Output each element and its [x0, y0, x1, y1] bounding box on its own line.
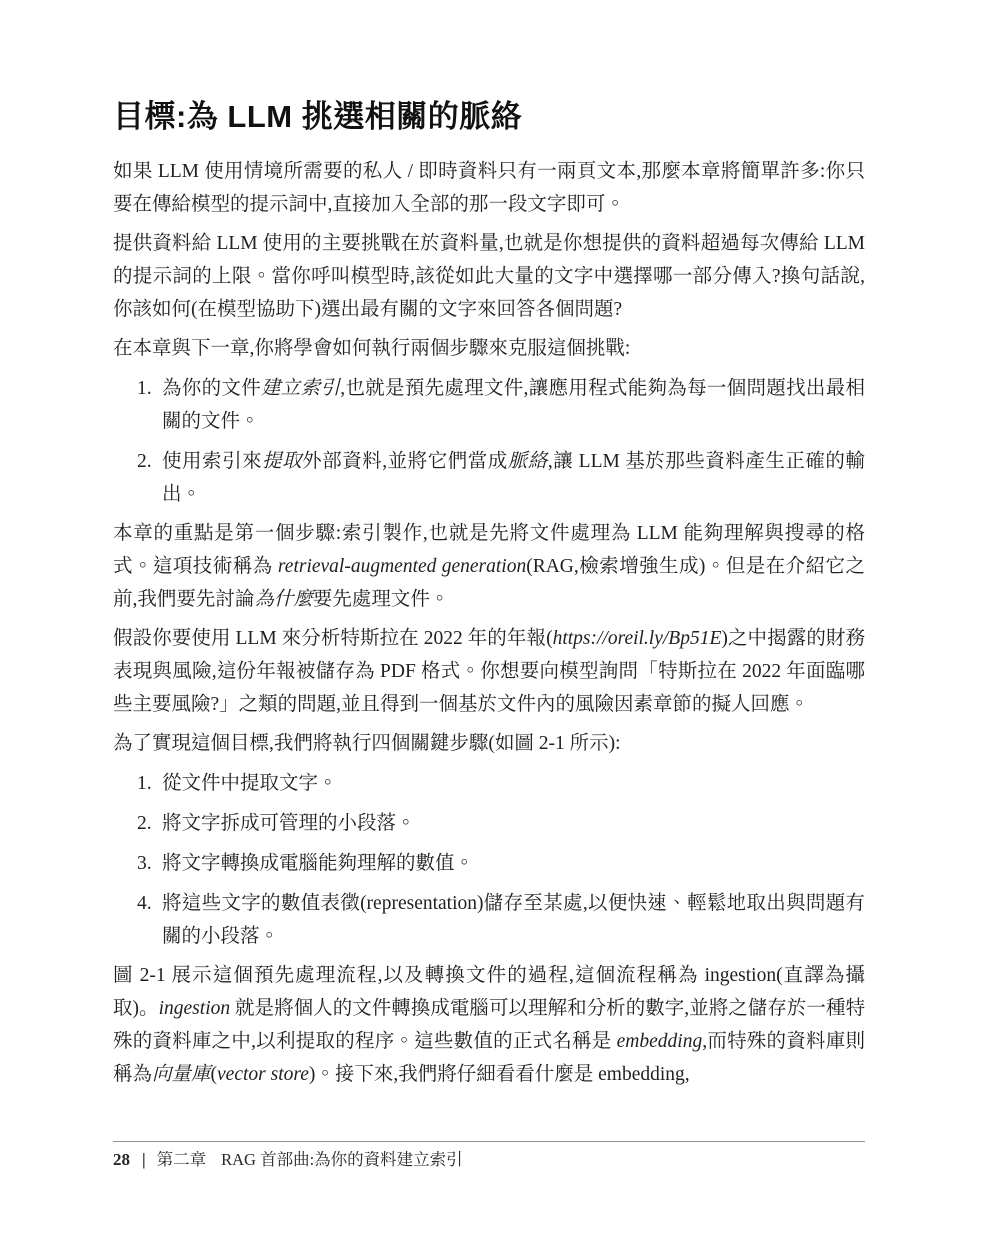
text-run: 將文字拆成可管理的小段落。: [162, 813, 416, 834]
list-marker: 4.: [137, 887, 152, 920]
list-item-retrieve-context: 2. 使用索引來提取外部資料,並將它們當成脈絡,讓 LLM 基於那些資料產生正確…: [113, 445, 865, 511]
list-marker: 2.: [137, 445, 152, 478]
list-item-extract-text: 1. 從文件中提取文字。: [113, 767, 865, 800]
emphasis-term: 提取: [262, 451, 302, 472]
list-item-convert-numbers: 3. 將文字轉換成電腦能夠理解的數值。: [113, 847, 865, 880]
emphasis-term-vector-store: 向量庫: [152, 1064, 211, 1085]
paragraph-four-steps-lead: 為了實現這個目標,我們將執行四個關鍵步驟(如圖 2-1 所示):: [113, 727, 865, 760]
list-marker: 2.: [137, 807, 152, 840]
text-run: 外部資料,並將它們當成: [302, 451, 508, 472]
book-page: { "heading": "目標:為 LLM 挑選相關的脈絡", "paragr…: [0, 0, 1000, 1243]
paragraph-ingestion: 圖 2-1 展示這個預先處理流程,以及轉換文件的過程,這個流程稱為 ingest…: [113, 959, 865, 1091]
external-link-oreilly[interactable]: https://oreil.ly/Bp51E: [553, 628, 722, 649]
text-run: 使用索引來: [162, 451, 262, 472]
paragraph-rag-definition: 本章的重點是第一個步驟:索引製作,也就是先將文件處理為 LLM 能夠理解與搜尋的…: [113, 517, 865, 616]
emphasis-term: 脈絡: [508, 451, 548, 472]
content-column: 目標:為 LLM 挑選相關的脈絡 如果 LLM 使用情境所需要的私人 / 即時資…: [113, 0, 865, 1091]
footer-chapter-title: RAG 首部曲:為你的資料建立索引: [221, 1150, 463, 1169]
italic-term-embedding: embedding: [617, 1031, 703, 1052]
list-marker: 3.: [137, 847, 152, 880]
emphasis-term: 為什麼: [254, 589, 313, 610]
ordered-list-four-steps: 1. 從文件中提取文字。 2. 將文字拆成可管理的小段落。 3. 將文字轉換成電…: [113, 767, 865, 953]
list-item-index-your-docs: 1. 為你的文件建立索引,也就是預先處理文件,讓應用程式能夠為每一個問題找出最相…: [113, 372, 865, 438]
text-run: 為你的文件: [162, 378, 261, 399]
ordered-list-two-steps: 1. 為你的文件建立索引,也就是預先處理文件,讓應用程式能夠為每一個問題找出最相…: [113, 372, 865, 511]
page-title: 目標:為 LLM 挑選相關的脈絡: [113, 96, 865, 138]
italic-term-vector-store-en: vector store: [217, 1064, 309, 1085]
text-run: )。接下來,我們將仔細看看什麼是 embedding,: [309, 1064, 690, 1085]
footer-page-number: 28: [113, 1150, 130, 1169]
italic-term-rag: retrieval-augmented generation: [278, 556, 526, 577]
paragraph-intro: 如果 LLM 使用情境所需要的私人 / 即時資料只有一兩頁文本,那麼本章將簡單許…: [113, 155, 865, 221]
list-marker: 1.: [137, 767, 152, 800]
emphasis-term: 建立索引: [261, 378, 340, 399]
text-run: 要先處理文件。: [313, 589, 450, 610]
footer-divider: |: [142, 1150, 146, 1169]
text-run: 假設你要使用 LLM 來分析特斯拉在 2022 年的年報(: [113, 628, 553, 649]
page-footer: 28|第二章RAG 首部曲:為你的資料建立索引: [113, 1148, 865, 1172]
footer-chapter-label: 第二章: [157, 1150, 207, 1169]
list-item-store-representations: 4. 將這些文字的數值表徵(representation)儲存至某處,以便快速、…: [113, 887, 865, 953]
list-item-split-chunks: 2. 將文字拆成可管理的小段落。: [113, 807, 865, 840]
footer-rule: [113, 1141, 865, 1142]
italic-term-ingestion: ingestion: [159, 998, 231, 1019]
paragraph-tesla-example: 假設你要使用 LLM 來分析特斯拉在 2022 年的年報(https://ore…: [113, 622, 865, 721]
text-run: 將這些文字的數值表徵(representation)儲存至某處,以便快速、輕鬆地…: [162, 893, 865, 947]
text-run: 從文件中提取文字。: [162, 773, 338, 794]
paragraph-challenge: 提供資料給 LLM 使用的主要挑戰在於資料量,也就是你想提供的資料超過每次傳給 …: [113, 227, 865, 326]
paragraph-two-steps-lead: 在本章與下一章,你將學會如何執行兩個步驟來克服這個挑戰:: [113, 332, 865, 365]
text-run: 將文字轉換成電腦能夠理解的數值。: [162, 853, 474, 874]
list-marker: 1.: [137, 372, 152, 405]
